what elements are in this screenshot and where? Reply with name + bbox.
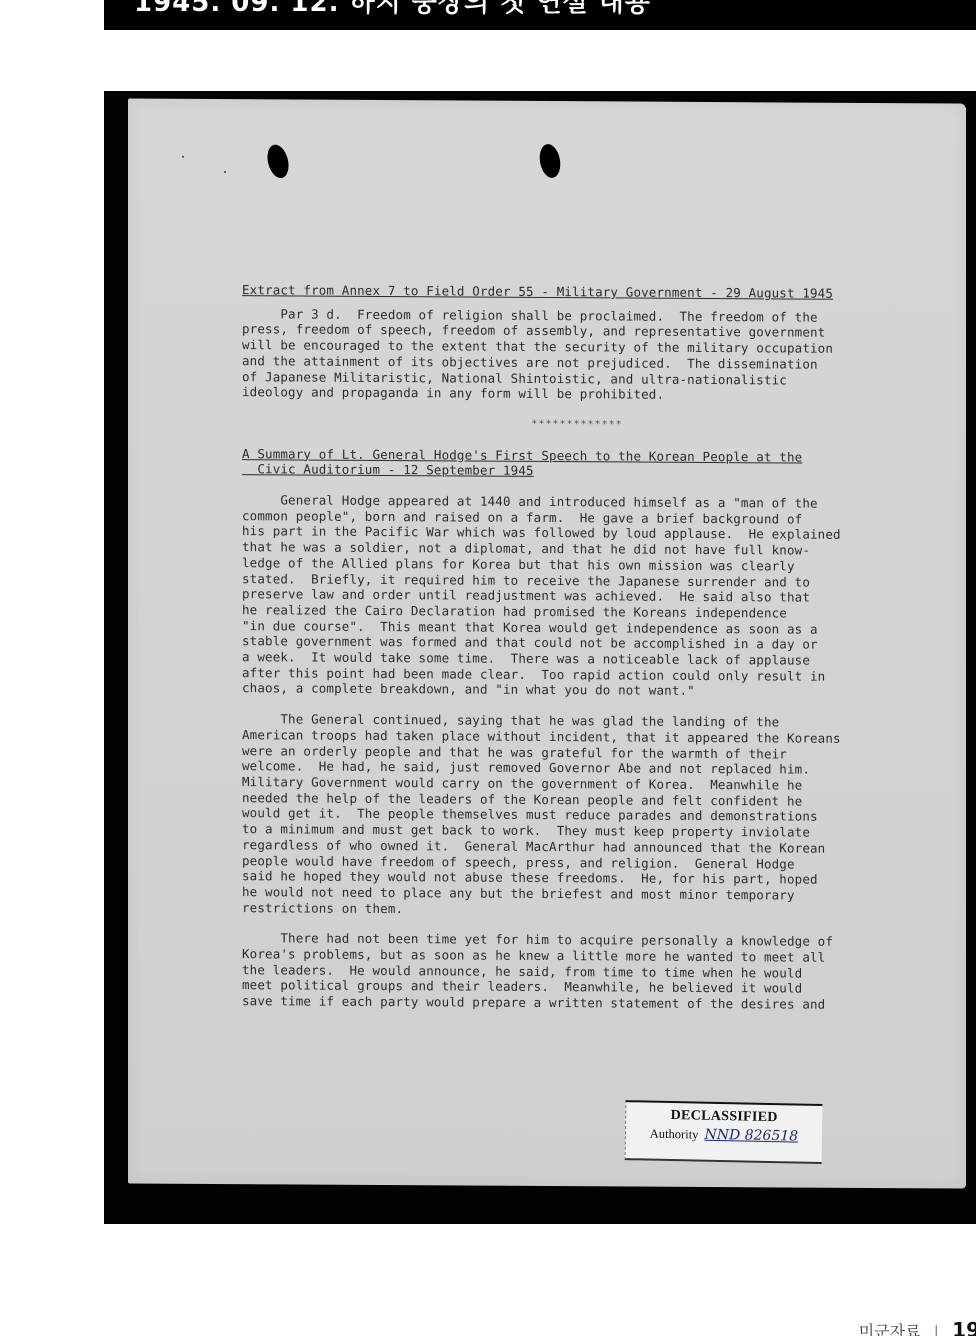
page-footer: 미군자료 | 19 bbox=[859, 1318, 976, 1336]
stamp-title: DECLASSIFIED bbox=[626, 1107, 822, 1127]
stamp-authority: Authority NND 826518 bbox=[626, 1125, 822, 1145]
paper-speck bbox=[224, 171, 226, 173]
document-body: Extract from Annex 7 to Field Order 55 -… bbox=[242, 282, 882, 1013]
text-line: save time if each party would prepare a … bbox=[242, 993, 882, 1013]
section2-paragraph-2: The General continued, saying that he wa… bbox=[242, 711, 882, 919]
stamp-authority-label: Authority bbox=[650, 1127, 699, 1142]
document-scan: Extract from Annex 7 to Field Order 55 -… bbox=[104, 91, 976, 1224]
footer-separator: | bbox=[934, 1322, 939, 1336]
stamp-authority-code: NND 826518 bbox=[704, 1127, 798, 1145]
paper-speck bbox=[182, 156, 184, 158]
punch-hole-icon bbox=[537, 143, 563, 180]
page-header-title: 1945. 09. 12. 하지 중장의 첫 연설 내용 bbox=[134, 0, 651, 19]
section1-paragraph: Par 3 d. Freedom of religion shall be pr… bbox=[242, 306, 882, 404]
header-bar: 1945. 09. 12. 하지 중장의 첫 연설 내용 bbox=[104, 0, 976, 30]
page-number: 19 bbox=[952, 1318, 976, 1336]
section2-paragraph-1: General Hodge appeared at 1440 and intro… bbox=[242, 492, 882, 700]
punch-hole-icon bbox=[264, 142, 292, 180]
typed-page: Extract from Annex 7 to Field Order 55 -… bbox=[128, 98, 966, 1188]
footer-label: 미군자료 bbox=[859, 1322, 921, 1336]
section2-paragraph-3: There had not been time yet for him to a… bbox=[242, 930, 882, 1012]
declassified-stamp: DECLASSIFIED Authority NND 826518 bbox=[625, 1100, 823, 1164]
